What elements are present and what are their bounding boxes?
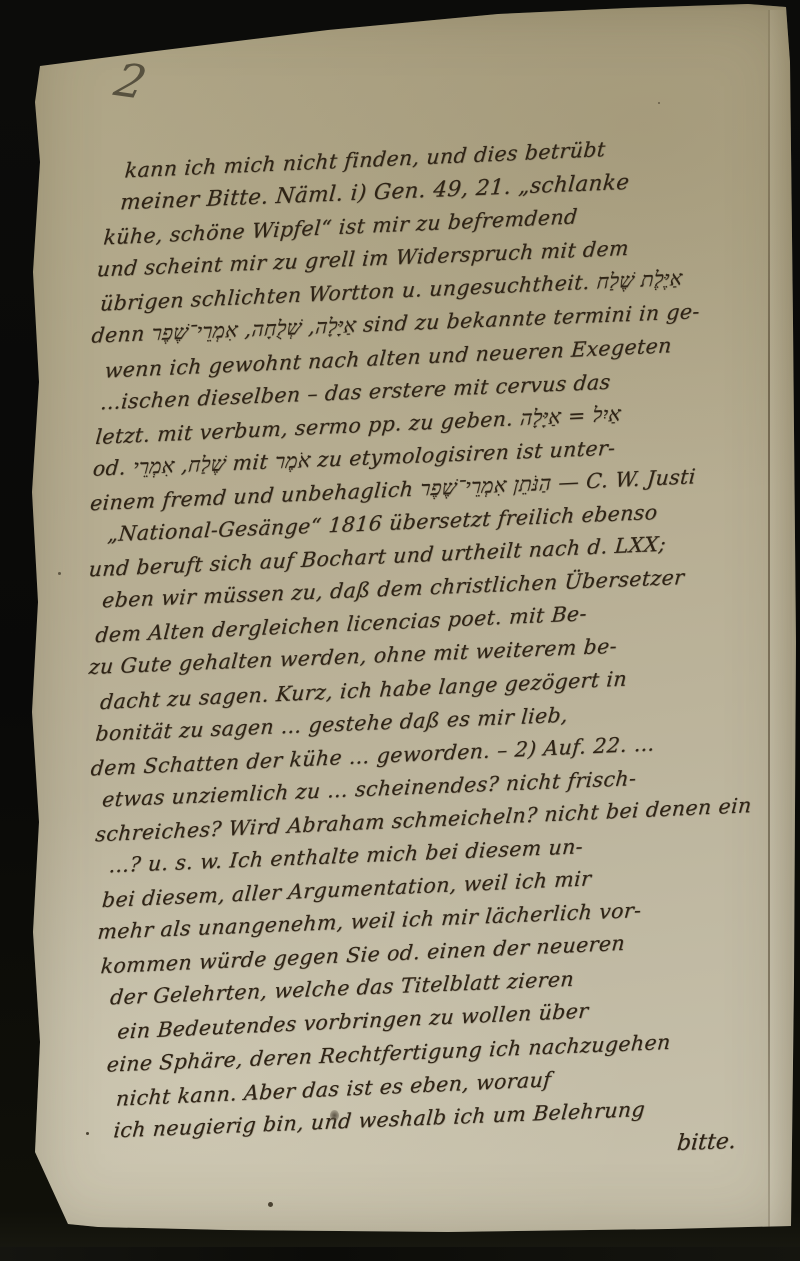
manuscript-paper-sheet: 2 kann ich mich nicht finden, und dies b… (28, 2, 798, 1238)
paper-speck (268, 1202, 273, 1207)
paper-speck (658, 102, 660, 104)
paper-speck (86, 1132, 89, 1135)
scan-edge-strip (0, 1247, 800, 1261)
page-number-pencil-mark: 2 (110, 53, 152, 110)
paper-speck (58, 572, 61, 575)
scan-background: 2 kann ich mich nicht finden, und dies b… (0, 0, 800, 1261)
manuscript-text-block: kann ich mich nicht finden, und dies bet… (66, 128, 795, 1148)
ink-blot (330, 1110, 339, 1121)
manuscript-closing-word: bitte. (676, 1129, 737, 1156)
paper-fold-highlight (770, 10, 792, 1228)
